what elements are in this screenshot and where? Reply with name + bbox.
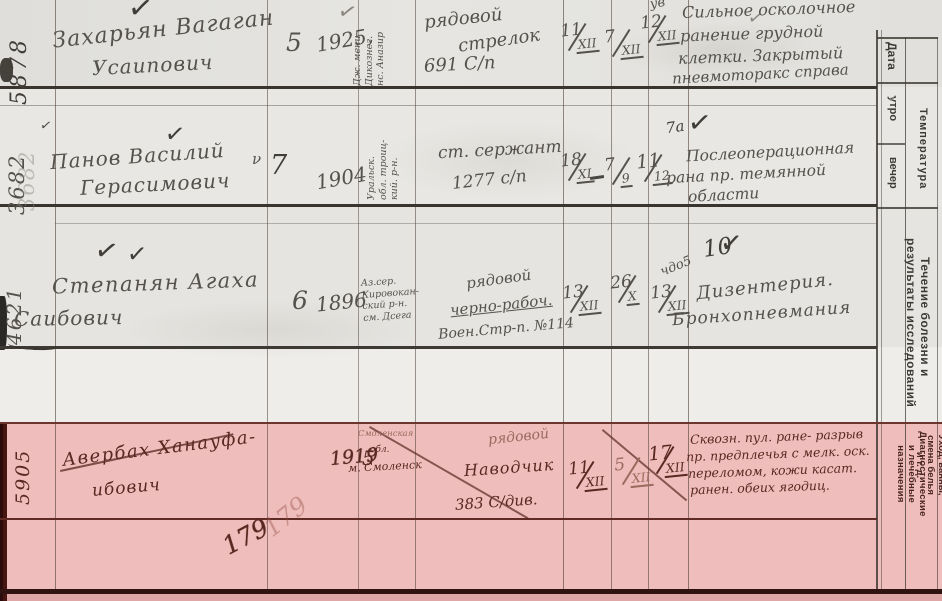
row4-date-3: 17XII xyxy=(646,440,684,479)
date-denominator: XII xyxy=(577,297,601,316)
sidebar-rule xyxy=(876,30,878,592)
sidebar-header-date: Дата xyxy=(885,42,899,70)
paper-band-empty xyxy=(0,347,942,424)
sidebar-header-care-line: Уход, ванны, xyxy=(935,430,942,500)
row3-date-2: 26X xyxy=(608,270,645,307)
ledger-scan-page: Дата утро вечер Температура Течение боле… xyxy=(0,0,942,601)
row1-date-1: 11XII xyxy=(558,18,595,55)
sidebar-rule xyxy=(937,37,938,592)
date-denominator: XII xyxy=(583,473,607,492)
row-rule-thick xyxy=(0,346,877,349)
date-denominator: 9 xyxy=(619,170,633,188)
row-rule-thin xyxy=(0,105,877,106)
row1-date-3: 12XII xyxy=(638,10,675,47)
sidebar-header-care-line: и т. д. xyxy=(914,430,925,500)
row2-origin-line: кий. р-н. xyxy=(389,140,401,200)
row2-origin-line: обл. троиц- xyxy=(378,140,390,200)
row3-origin-note: Аз.сер. Кировокан- ский р-н. см. Дсега xyxy=(360,274,420,324)
row1-origin-line: Дж. мени xyxy=(352,32,364,86)
pink-bottom-strip xyxy=(0,594,942,601)
row1-unit: 691 С/п xyxy=(424,54,496,77)
sidebar-header-prescriptions-line: назначения xyxy=(895,428,906,520)
date-denominator: XII xyxy=(619,41,643,60)
sidebar-header-evening: вечер xyxy=(887,157,899,189)
row2-ward-number: 7 xyxy=(270,152,287,180)
row2-date-1: 18XI xyxy=(558,148,595,185)
row-rule-thin xyxy=(55,223,877,224)
sidebar-rule-h xyxy=(877,82,938,84)
date-denominator: XII xyxy=(575,35,599,54)
row-rule-pink xyxy=(0,518,877,520)
sidebar-header-course-line: результаты исследований xyxy=(904,238,918,396)
row4-reg-number: 5905 xyxy=(14,449,34,505)
row2-diagnosis-line: области xyxy=(688,185,760,205)
bottom-rule-thick xyxy=(0,589,942,594)
sidebar-header-care-line: смена белья xyxy=(924,430,935,500)
row1-origin-line: нс. Аназир xyxy=(375,32,387,86)
row3-birth-year: 1896 xyxy=(315,289,368,315)
row2-tick-mark: ν xyxy=(252,152,261,168)
row-rule-thick xyxy=(0,204,877,207)
dark-page-edge xyxy=(0,424,3,601)
row2-origin-line: Уральск. xyxy=(366,140,378,200)
row3-date-1: 13XII xyxy=(560,280,597,317)
row2-check-icon: ✓ xyxy=(686,105,714,141)
row4-date-1: 11XII xyxy=(566,456,603,493)
row4-date-2: 5XII xyxy=(612,452,649,489)
row1-ward-number: 5 xyxy=(286,30,302,56)
date-denominator: XI xyxy=(575,165,595,184)
sidebar-header-temperature: Температура xyxy=(917,108,929,189)
row1-origin-note: Дж. мени Дикознег. нс. Аназир xyxy=(352,32,387,86)
row2-margin-note: 7а xyxy=(665,119,686,137)
row3-patient-name-line2: Саибович xyxy=(14,307,124,330)
row2-reg-number-ghost: 3682 xyxy=(16,150,38,211)
date-denominator: XII xyxy=(655,27,679,46)
pink-top-rule xyxy=(0,422,942,424)
row2-origin-note: Уральск. обл. троиц- кий. р-н. xyxy=(366,140,401,200)
sidebar-rule xyxy=(881,30,882,592)
row1-date-2: 7XII xyxy=(602,24,639,61)
sidebar-rule-h xyxy=(877,37,938,39)
date-denominator: XII xyxy=(663,459,687,478)
row1-reg-number: 5878 xyxy=(8,37,31,105)
date-numerator: 7 xyxy=(602,152,638,175)
row1-origin-line: Дикознег. xyxy=(364,32,376,86)
date-numerator: 26 xyxy=(608,270,644,293)
row3-ward-number: 6 xyxy=(292,288,308,314)
sidebar-header-care: Уход, ванны, смена белья и т. д. xyxy=(914,430,942,500)
sidebar-header-course: Течение болезни и результаты исследовани… xyxy=(904,238,931,396)
sidebar-rule-h xyxy=(877,207,938,209)
row3-check-icon: ✓ xyxy=(719,227,744,260)
sidebar-header-course-line: Течение болезни и xyxy=(918,238,932,396)
row4-origin-line: Смоленская xyxy=(358,430,413,439)
date-denominator: X xyxy=(625,288,640,306)
row3-check-icon: ✓ xyxy=(126,239,149,269)
row4-origin-line: обл. xyxy=(370,446,390,455)
row-rule-thick xyxy=(0,86,877,89)
sidebar-rule-h xyxy=(877,143,905,145)
